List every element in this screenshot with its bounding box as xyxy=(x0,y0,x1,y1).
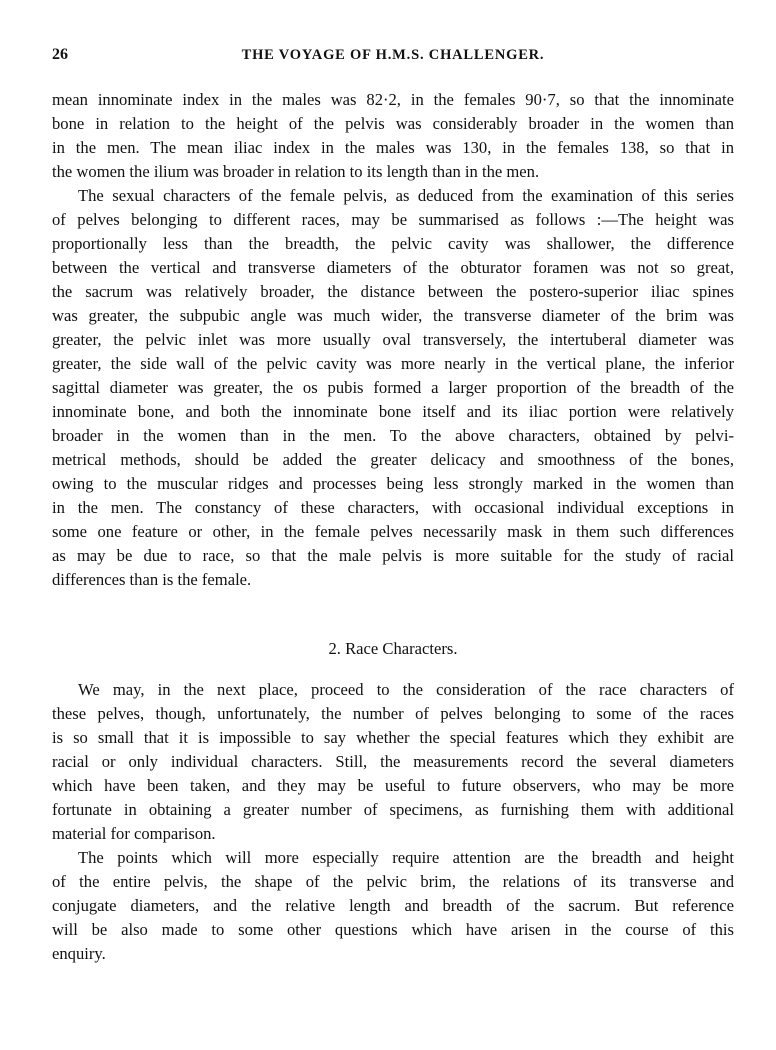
running-title: THE VOYAGE OF H.M.S. CHALLENGER. xyxy=(52,47,734,64)
text-line: these pelves, though, unfortunately, the… xyxy=(52,702,734,726)
text-line: in the men. The constancy of these chara… xyxy=(52,496,734,520)
text-line: was greater, the subpubic angle was much… xyxy=(52,304,734,328)
text-line: some one feature or other, in the female… xyxy=(52,520,734,544)
text-line: which have been taken, and they may be u… xyxy=(52,774,734,798)
paragraph-points-of-attention: The points which will more especially re… xyxy=(52,846,734,966)
text-line: will be also made to some other question… xyxy=(52,918,734,942)
text-line: greater, the side wall of the pelvic cav… xyxy=(52,352,734,376)
text-line: conjugate diameters, and the relative le… xyxy=(52,894,734,918)
paragraph-race-characters: We may, in the next place, proceed to th… xyxy=(52,678,734,846)
text-line: owing to the muscular ridges and process… xyxy=(52,472,734,496)
text-line: The sexual characters of the female pelv… xyxy=(52,184,734,208)
text-line: innominate bone, and both the innominate… xyxy=(52,400,734,424)
text-line: is so small that it is impossible to say… xyxy=(52,726,734,750)
section-heading: 2. Race Characters. xyxy=(52,637,734,661)
text-line: racial or only individual characters. St… xyxy=(52,750,734,774)
text-line: bone in relation to the height of the pe… xyxy=(52,112,734,136)
body-text: mean innominate index in the males was 8… xyxy=(52,88,734,966)
text-line: The points which will more especially re… xyxy=(52,846,734,870)
text-line: of the entire pelvis, the shape of the p… xyxy=(52,870,734,894)
text-line: sagittal diameter was greater, the os pu… xyxy=(52,376,734,400)
text-line: of pelves belonging to different races, … xyxy=(52,208,734,232)
text-line: enquiry. xyxy=(52,942,734,966)
paragraph-sexual-characters: The sexual characters of the female pelv… xyxy=(52,184,734,592)
text-line: broader in the women than in the men. To… xyxy=(52,424,734,448)
text-line: greater, the pelvic inlet was more usual… xyxy=(52,328,734,352)
text-line: metrical methods, should be added the gr… xyxy=(52,448,734,472)
paragraph-sexual-indices: mean innominate index in the males was 8… xyxy=(52,88,734,184)
text-line: We may, in the next place, proceed to th… xyxy=(52,678,734,702)
text-line: the sacrum was relatively broader, the d… xyxy=(52,280,734,304)
running-head: 26 THE VOYAGE OF H.M.S. CHALLENGER. xyxy=(52,46,734,68)
text-line: between the vertical and transverse diam… xyxy=(52,256,734,280)
text-line: material for comparison. xyxy=(52,822,734,846)
text-line: in the men. The mean iliac index in the … xyxy=(52,136,734,160)
text-line: the women the ilium was broader in relat… xyxy=(52,160,734,184)
text-line: proportionally less than the breadth, th… xyxy=(52,232,734,256)
text-line: differences than is the female. xyxy=(52,568,734,592)
text-line: mean innominate index in the males was 8… xyxy=(52,88,734,112)
text-line: as may be due to race, so that the male … xyxy=(52,544,734,568)
text-line: fortunate in obtaining a greater number … xyxy=(52,798,734,822)
